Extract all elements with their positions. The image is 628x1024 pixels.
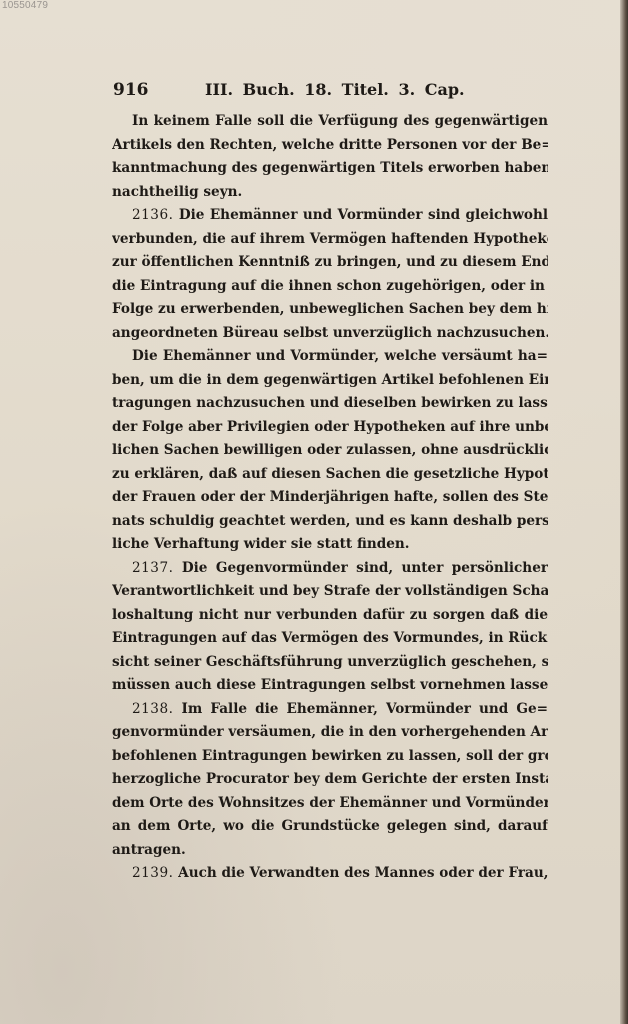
text-line: Folge zu erwerbenden, unbeweglichen Sach… [112,298,548,322]
text-line: Die Ehemänner und Vormünder, welche vers… [112,345,548,369]
text-line: nachtheilig seyn. [112,181,548,205]
paragraph: Die Ehemänner und Vormünder, welche vers… [112,345,548,557]
text-line: verbunden, die auf ihrem Vermögen haften… [112,228,548,252]
text-line: Eintragungen auf das Vermögen des Vormun… [112,627,548,651]
text-line: zur öffentlichen Kenntniß zu bringen, un… [112,251,548,275]
text-line: 2137. Die Gegenvormünder sind, unter per… [112,557,548,581]
article-number: 2139. [132,865,173,881]
body-text: In keinem Falle soll die Verfügung des g… [112,110,548,886]
text-line: 2136. Die Ehemänner und Vormünder sind g… [112,204,548,228]
text-line: 2138. Im Falle die Ehemänner, Vormünder … [112,698,548,722]
text-line: nats schuldig geachtet werden, und es ka… [112,510,548,534]
paragraph: In keinem Falle soll die Verfügung des g… [112,110,548,204]
text-line: ben, um die in dem gegenwärtigen Artikel… [112,369,548,393]
article-number: 2138. [132,701,173,717]
text-line: liche Verhaftung wider sie statt finden. [112,533,548,557]
text-line: dem Orte des Wohnsitzes der Ehemänner un… [112,792,548,816]
article-number: 2136. [132,207,173,223]
catalog-id: 10550479 [2,0,48,11]
text-line: loshaltung nicht nur verbunden dafür zu … [112,604,548,628]
text-line: tragungen nachzusuchen und dieselben bew… [112,392,548,416]
text-line: lichen Sachen bewilligen oder zulassen, … [112,439,548,463]
paragraph-article-2136: 2136. Die Ehemänner und Vormünder sind g… [112,204,548,345]
text-line: angeordneten Büreau selbst unverzüglich … [112,322,548,346]
text-line: Artikels den Rechten, welche dritte Pers… [112,134,548,158]
paragraph-article-2137: 2137. Die Gegenvormünder sind, unter per… [112,557,548,698]
text-line: kanntmachung des gegenwärtigen Titels er… [112,157,548,181]
text-line: 2139. Auch die Verwandten des Mannes ode… [112,862,548,886]
text-line: herzogliche Procurator bey dem Gerichte … [112,768,548,792]
text-line: antragen. [112,839,548,863]
text-line: sicht seiner Geschäftsführung unverzügli… [112,651,548,675]
paragraph-article-2139: 2139. Auch die Verwandten des Mannes ode… [112,862,548,886]
text-line: an dem Orte, wo die Grundstücke gelegen … [112,815,548,839]
text-line: müssen auch diese Eintragungen selbst vo… [112,674,548,698]
text-line: genvormünder versäumen, die in den vorhe… [112,721,548,745]
book-page: 10550479 916 III. Buch. 18. Titel. 3. Ca… [0,0,628,1024]
running-head: 916 III. Buch. 18. Titel. 3. Cap. [113,80,543,104]
paragraph-article-2138: 2138. Im Falle die Ehemänner, Vormünder … [112,698,548,863]
text-line: der Folge aber Privilegien oder Hypothek… [112,416,548,440]
header-title: III. Buch. 18. Titel. 3. Cap. [205,80,465,99]
text-line: befohlenen Eintragungen bewirken zu lass… [112,745,548,769]
text-line: In keinem Falle soll die Verfügung des g… [112,110,548,134]
text-line: Verantwortlichkeit und bey Strafe der vo… [112,580,548,604]
text-line: die Eintragung auf die ihnen schon zugeh… [112,275,548,299]
article-number: 2137. [132,560,173,576]
text-line: der Frauen oder der Minderjährigen hafte… [112,486,548,510]
page-number: 916 [113,80,149,100]
text-line: zu erklären, daß auf diesen Sachen die g… [112,463,548,487]
